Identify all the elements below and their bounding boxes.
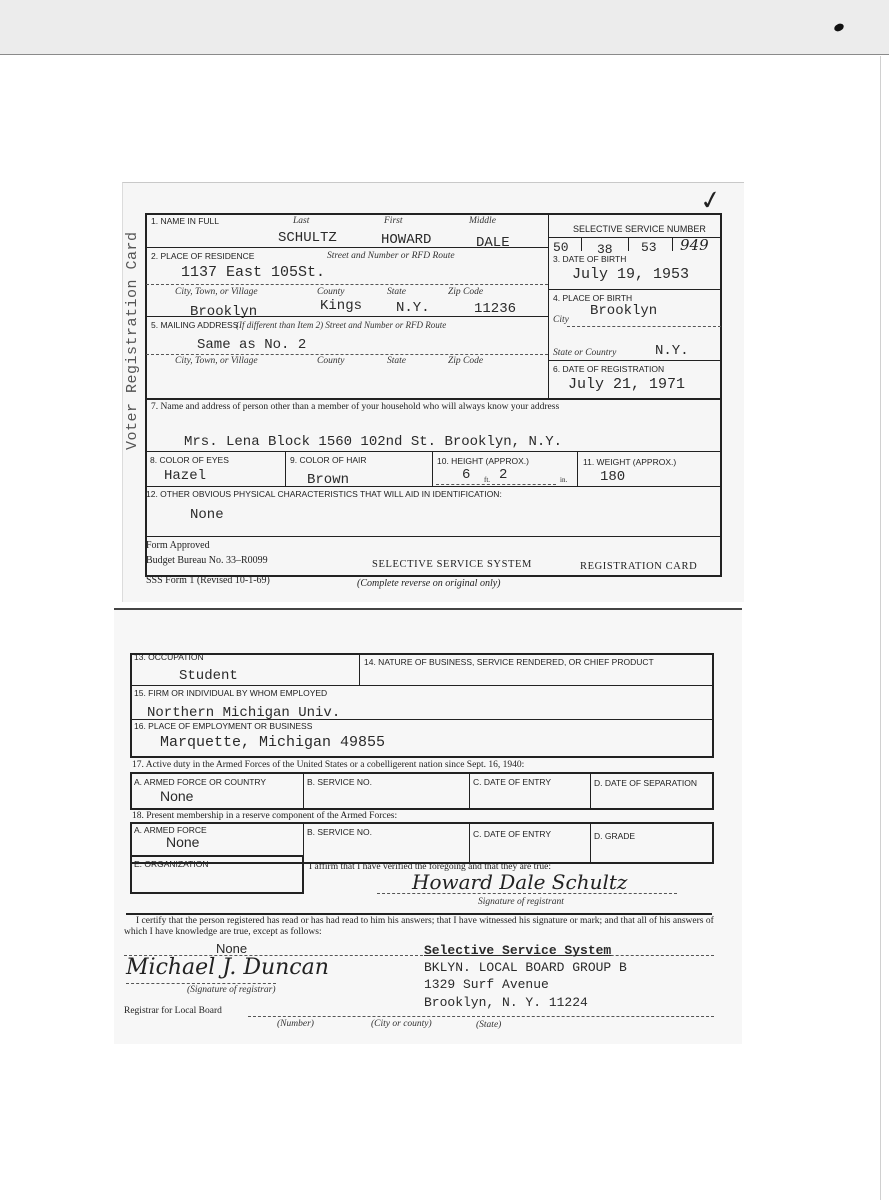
date-of-birth-value: July 19, 1953 bbox=[572, 266, 689, 283]
state-hint-bottom: (State) bbox=[476, 1020, 501, 1030]
stamp-line-1: Selective Service System bbox=[424, 943, 611, 958]
mailing-zip-hint: Zip Code bbox=[448, 356, 483, 366]
form-approved-text: Form Approved bbox=[146, 540, 210, 551]
employer-label: 15. Firm or individual by whom employed bbox=[134, 688, 327, 698]
ssn-part-4-handwritten: 949 bbox=[680, 236, 709, 254]
selective-service-system-title: SELECTIVE SERVICE SYSTEM bbox=[372, 559, 532, 570]
reserve-col-b: B. Service No. bbox=[307, 827, 372, 837]
place-of-employment-label: 16. Place of employment or business bbox=[134, 721, 312, 731]
active-duty-col-b: B. Service No. bbox=[307, 777, 372, 787]
occupation-label: 13. Occupation bbox=[134, 652, 204, 662]
registration-card-title: REGISTRATION CARD bbox=[580, 561, 697, 572]
registrar-signature-line bbox=[126, 983, 276, 984]
reserve-force-value: None bbox=[166, 834, 199, 850]
hair-color-label: 9. Color of Hair bbox=[290, 455, 367, 465]
height-feet-value: 6 bbox=[462, 467, 470, 483]
height-label: 10. Height (Approx.) bbox=[437, 456, 529, 466]
mailing-city-hint: City, Town, or Village bbox=[175, 356, 258, 366]
middle-name-value: DALE bbox=[476, 235, 510, 251]
name-in-full-label: 1. Name in Full bbox=[151, 216, 219, 226]
page-edge bbox=[880, 56, 881, 1200]
height-inches-value: 2 bbox=[499, 467, 507, 483]
stamp-line-2: BKLYN. LOCAL BOARD GROUP B bbox=[424, 960, 627, 975]
row-divider bbox=[146, 316, 548, 317]
eye-color-label: 8. Color of Eyes bbox=[150, 455, 229, 465]
last-hint: Last bbox=[293, 216, 309, 226]
feet-unit: ft. bbox=[484, 476, 490, 484]
row-divider bbox=[146, 536, 721, 537]
mailing-county-hint: County bbox=[317, 356, 344, 366]
dashed-divider bbox=[146, 284, 548, 285]
col-divider bbox=[285, 451, 286, 486]
eye-color-value: Hazel bbox=[164, 468, 206, 484]
ssn-part-3: 53 bbox=[641, 240, 657, 255]
mailing-state-hint: State bbox=[387, 356, 406, 366]
registrant-signature: Howard Dale Schultz bbox=[412, 870, 627, 894]
birth-state-hint: State or Country bbox=[553, 348, 616, 358]
inches-unit: in. bbox=[560, 476, 567, 484]
reserve-col-d: D. Grade bbox=[594, 831, 635, 841]
certify-text: I certify that the person registered has… bbox=[124, 916, 714, 938]
col-divider bbox=[590, 773, 591, 809]
active-duty-col-d: D. Date of Separation bbox=[594, 778, 697, 788]
organization-label: E. Organization bbox=[134, 859, 208, 869]
row-divider bbox=[131, 719, 713, 720]
reserve-membership-label: 18. Present membership in a reserve comp… bbox=[132, 811, 397, 821]
active-duty-col-c: C. Date of Entry bbox=[473, 777, 551, 787]
residence-street-value: 1137 East 105St. bbox=[181, 264, 325, 281]
contact-person-value: Mrs. Lena Block 1560 102nd St. Brooklyn,… bbox=[184, 434, 562, 450]
dashed-divider bbox=[146, 354, 548, 355]
registrar-for-local-board-label: Registrar for Local Board bbox=[124, 1006, 222, 1016]
col-divider bbox=[359, 654, 360, 685]
complete-reverse-note: (Complete reverse on original only) bbox=[357, 578, 501, 589]
weight-label: 11. Weight (Approx.) bbox=[583, 457, 676, 467]
physical-characteristics-value: None bbox=[190, 507, 224, 523]
date-of-registration-label: 6. Date of Registration bbox=[553, 364, 664, 374]
row-divider bbox=[146, 486, 721, 487]
section-divider bbox=[126, 913, 712, 915]
ssn-sep-3 bbox=[672, 237, 673, 251]
number-hint: (Number) bbox=[277, 1019, 314, 1029]
reserve-col-c: C. Date of Entry bbox=[473, 829, 551, 839]
city-hint: City, Town, or Village bbox=[175, 287, 258, 297]
ssn-sep-2 bbox=[628, 237, 629, 251]
last-name-value: SCHULTZ bbox=[278, 230, 337, 246]
front-column-divider bbox=[548, 214, 549, 398]
residence-state-value: N.Y. bbox=[396, 300, 430, 316]
ssn-part-1: 50 bbox=[553, 240, 569, 255]
row-divider bbox=[549, 360, 721, 361]
mailing-address-label: 5. Mailing Address bbox=[151, 320, 238, 330]
birth-state-value: N.Y. bbox=[655, 343, 689, 359]
mailing-street-value: Same as No. 2 bbox=[197, 337, 306, 353]
form-number-text: SSS Form 1 (Revised 10-1-69) bbox=[146, 575, 270, 586]
weight-value: 180 bbox=[600, 469, 625, 485]
scanner-background bbox=[0, 0, 889, 55]
active-duty-col-a: A. Armed Force or Country bbox=[134, 777, 266, 787]
nature-of-business-label: 14. Nature of business, service rendered… bbox=[364, 657, 654, 667]
row-divider bbox=[146, 451, 721, 452]
voter-registration-card-label: Voter Registration Card bbox=[124, 231, 141, 450]
stamp-line-4: Brooklyn, N. Y. 11224 bbox=[424, 995, 588, 1010]
middle-hint: Middle bbox=[469, 216, 496, 226]
zip-hint: Zip Code bbox=[448, 287, 483, 297]
date-of-registration-value: July 21, 1971 bbox=[568, 376, 685, 393]
first-hint: First bbox=[384, 216, 402, 226]
col-divider bbox=[590, 823, 591, 863]
height-blank bbox=[436, 484, 556, 485]
city-county-hint: (City or county) bbox=[371, 1019, 432, 1029]
birth-city-hint: City bbox=[553, 315, 569, 325]
local-board-line bbox=[248, 1016, 714, 1017]
budget-bureau-text: Budget Bureau No. 33–R0099 bbox=[146, 555, 268, 566]
occupation-value: Student bbox=[179, 668, 238, 684]
place-of-birth-label: 4. Place of Birth bbox=[553, 293, 632, 303]
residence-zip-value: 11236 bbox=[474, 301, 516, 317]
col-divider bbox=[577, 451, 578, 486]
row-divider bbox=[146, 398, 721, 400]
state-hint: State bbox=[387, 287, 406, 297]
birth-city-value: Brooklyn bbox=[590, 303, 657, 319]
col-divider bbox=[469, 823, 470, 863]
selective-service-number-label: Selective Service Number bbox=[573, 224, 706, 234]
active-duty-label: 17. Active duty in the Armed Forces of t… bbox=[132, 760, 524, 770]
residence-county-value: Kings bbox=[320, 298, 362, 314]
first-name-value: HOWARD bbox=[381, 232, 431, 248]
mailing-hint: (If different than Item 2) Street and Nu… bbox=[236, 320, 446, 330]
col-divider bbox=[469, 773, 470, 809]
registrar-signature: Michael J. Duncan bbox=[126, 955, 329, 980]
street-hint: Street and Number or RFD Route bbox=[327, 251, 455, 261]
signature-of-registrant-label: Signature of registrant bbox=[478, 897, 564, 907]
exceptions-value: None bbox=[216, 941, 247, 956]
place-of-residence-label: 2. Place of Residence bbox=[151, 251, 254, 261]
dashed-divider bbox=[567, 326, 721, 327]
place-of-employment-value: Marquette, Michigan 49855 bbox=[160, 734, 385, 751]
row-divider bbox=[131, 685, 713, 686]
col-divider bbox=[303, 773, 304, 809]
residence-city-value: Brooklyn bbox=[190, 304, 257, 320]
ssn-sep-1 bbox=[581, 237, 582, 251]
signature-of-registrar-label: (Signature of registrar) bbox=[187, 985, 276, 995]
contact-person-label: 7. Name and address of person other than… bbox=[151, 402, 559, 412]
date-of-birth-label: 3. Date of Birth bbox=[553, 254, 626, 264]
row-divider bbox=[146, 247, 548, 248]
county-hint: County bbox=[317, 287, 344, 297]
row-divider bbox=[549, 289, 721, 290]
col-divider bbox=[432, 451, 433, 486]
active-duty-force-value: None bbox=[160, 788, 193, 804]
physical-characteristics-label: 12. Other obvious physical characteristi… bbox=[146, 489, 502, 499]
stamp-line-3: 1329 Surf Avenue bbox=[424, 977, 549, 992]
